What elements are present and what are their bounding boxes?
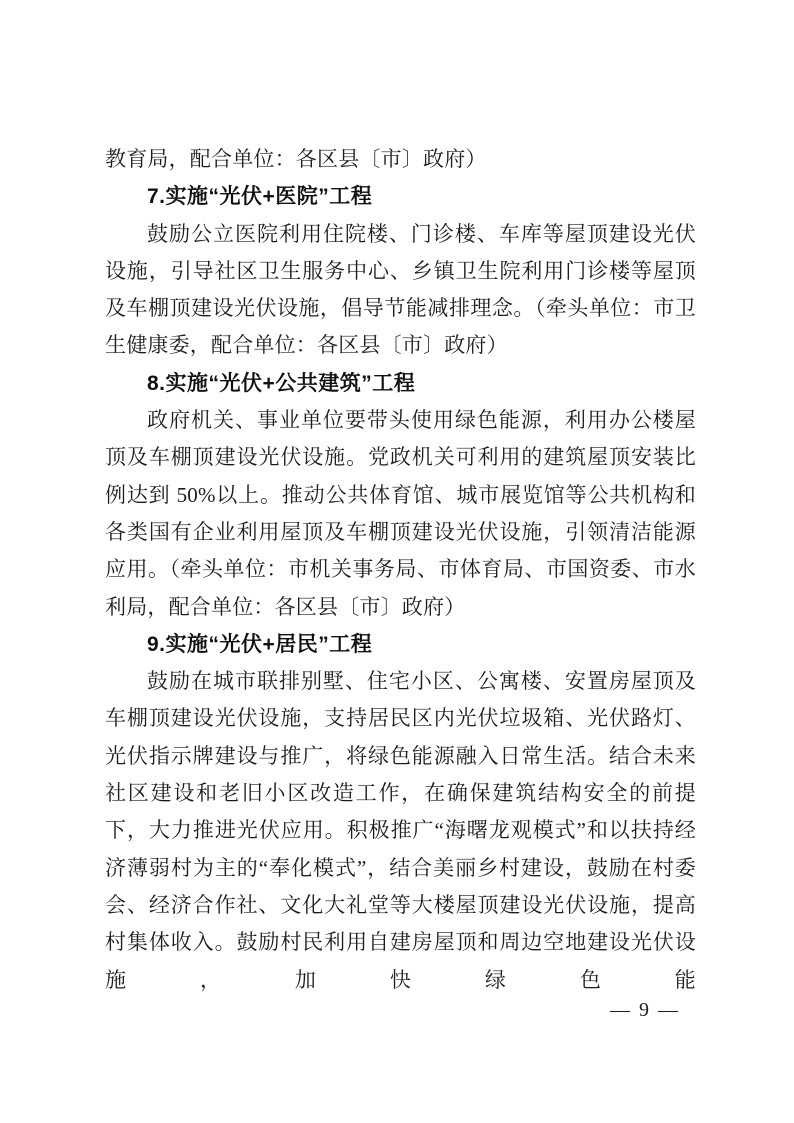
paragraph-section-7: 鼓励公立医院利用住院楼、门诊楼、车库等屋顶建设光伏设施，引导社区卫生服务中心、乡… (105, 216, 696, 365)
document-body: 教育局，配合单位：各区县〔市〕政府） 7.实施“光伏+医院”工程 鼓励公立医院利… (105, 141, 696, 999)
paragraph-section-8: 政府机关、事业单位要带头使用绿色能源，利用办公楼屋顶及车棚顶建设光伏设施。党政机… (105, 402, 696, 626)
paragraph-continuation: 教育局，配合单位：各区县〔市〕政府） (105, 141, 696, 178)
paragraph-section-9: 鼓励在城市联排别墅、住宅小区、公寓楼、安置房屋顶及车棚顶建设光伏设施，支持居民区… (105, 663, 696, 999)
section-heading-7-pv-hospital: 7.实施“光伏+医院”工程 (105, 178, 696, 215)
section-heading-8-pv-public-buildings: 8.实施“光伏+公共建筑”工程 (105, 365, 696, 402)
page-number: — 9 — (0, 996, 680, 1024)
section-heading-9-pv-residents: 9.实施“光伏+居民”工程 (105, 626, 696, 663)
document-page: 教育局，配合单位：各区县〔市〕政府） 7.实施“光伏+医院”工程 鼓励公立医院利… (0, 0, 794, 1123)
